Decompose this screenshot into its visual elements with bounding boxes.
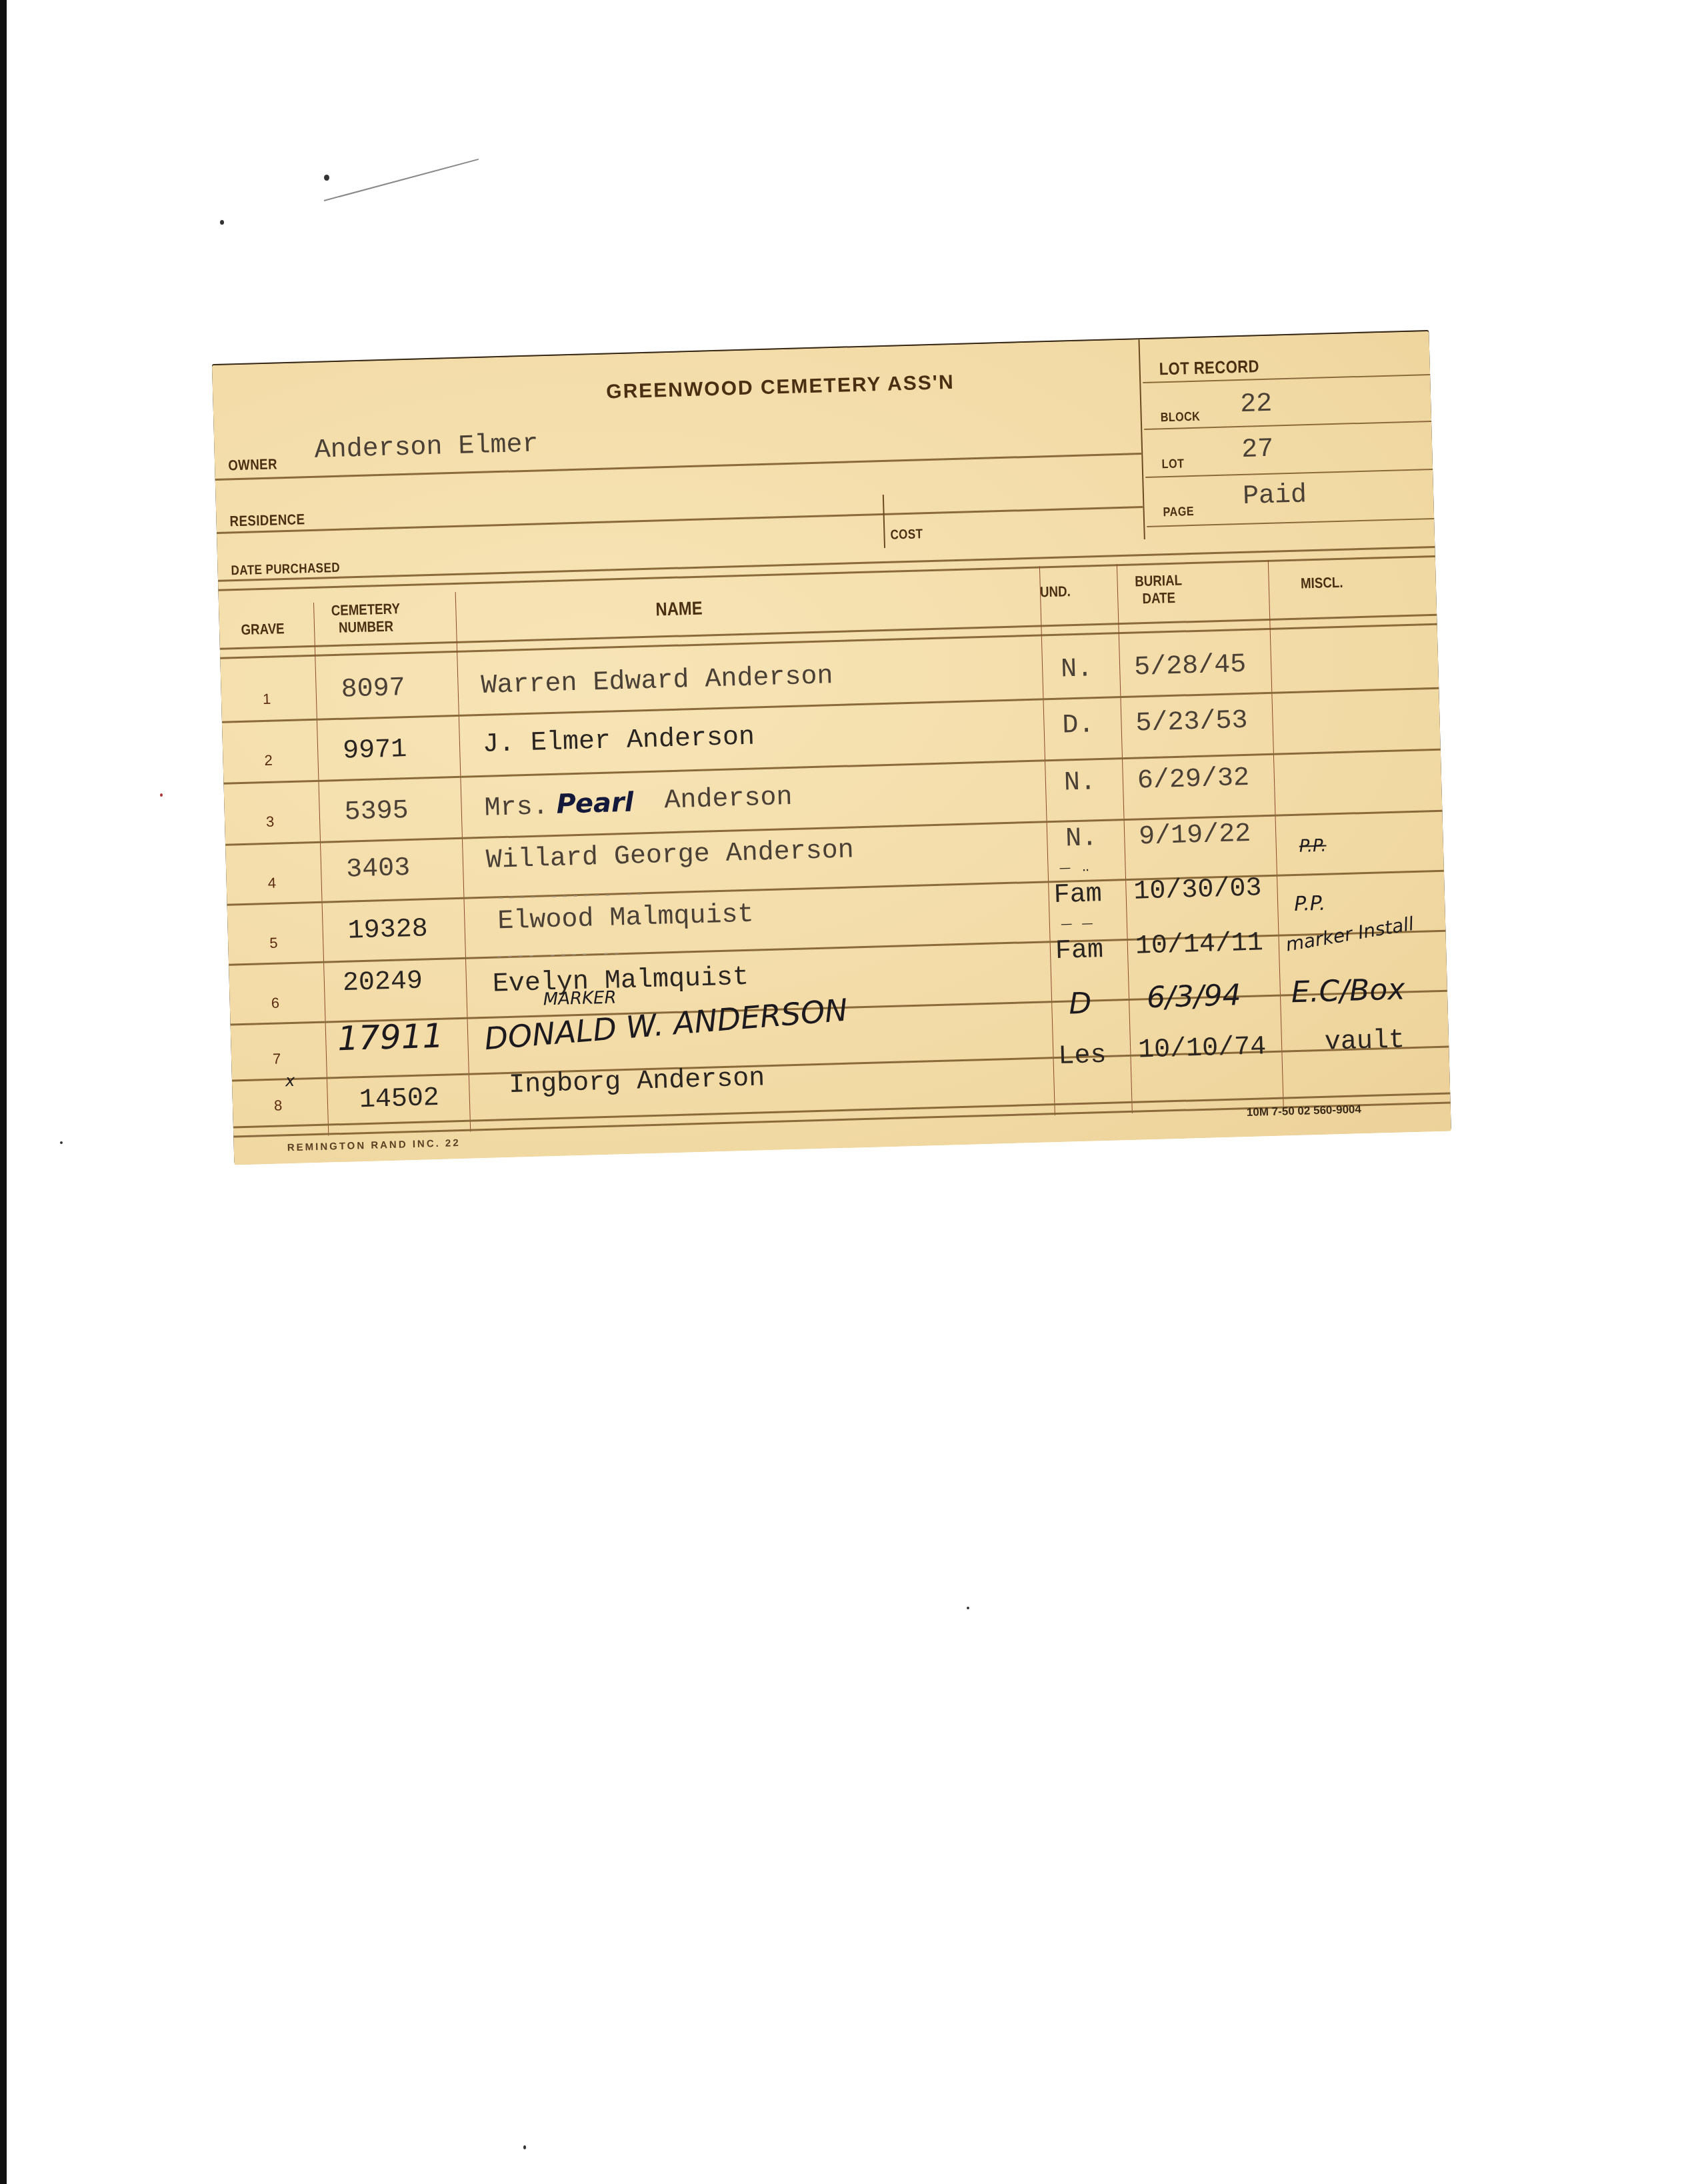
- grave-number: 1: [263, 691, 271, 708]
- miscl-note: P.P.: [1299, 836, 1327, 857]
- deceased-name: DONALD W. ANDERSON: [483, 992, 849, 1057]
- lot-panel-divider: [1138, 339, 1145, 539]
- page-value: Paid: [1242, 480, 1307, 512]
- col-divider: [313, 603, 329, 1136]
- printer-imprint: REMINGTON RAND INC. 22: [287, 1137, 461, 1153]
- und-code: N.: [1061, 654, 1093, 685]
- grave-number: 7: [273, 1051, 281, 1068]
- lot-record-label: LOT RECORD: [1159, 356, 1259, 379]
- form-number: 10M 7-50 02 560-9004: [1247, 1103, 1362, 1119]
- deceased-name-handwritten: Pearl: [556, 787, 634, 820]
- grave-number: 4: [267, 875, 276, 892]
- speck: [324, 175, 329, 181]
- header-cemetery-number-line1: CEMETERY: [320, 600, 411, 620]
- header-grave: GRAVE: [231, 620, 294, 639]
- grave-number: 5: [269, 935, 278, 952]
- grave-number: 6: [271, 995, 279, 1012]
- deceased-name: Willard George Anderson: [485, 835, 854, 875]
- und-code: D: [1069, 987, 1092, 1021]
- burial-date: 9/19/22: [1139, 819, 1251, 853]
- cost-label: COST: [890, 527, 923, 543]
- cemetery-number: 19328: [347, 914, 428, 946]
- header-burial-date: BURIAL DATE: [1101, 571, 1215, 609]
- rule: [1145, 469, 1433, 478]
- deceased-name: Elwood Malmquist: [497, 900, 754, 937]
- deceased-name: J. Elmer Anderson: [482, 722, 755, 759]
- owner-value: Anderson Elmer: [314, 429, 539, 465]
- und-code: N.: [1063, 767, 1096, 798]
- cemetery-number: 20249: [342, 967, 423, 999]
- und-code: D.: [1062, 710, 1095, 741]
- grave-number: 2: [264, 752, 273, 769]
- header-name: NAME: [475, 595, 883, 623]
- und-code: Fam: [1053, 879, 1102, 911]
- residence-label: RESIDENCE: [229, 511, 305, 530]
- burial-date: 10/14/11: [1135, 928, 1263, 961]
- name-note: MARKER: [543, 987, 617, 1009]
- header-cemetery-number-line2: NUMBER: [321, 617, 412, 637]
- lot-label: LOT: [1161, 457, 1184, 472]
- speck: [160, 793, 163, 797]
- deceased-name: Ingborg Anderson: [509, 1063, 765, 1101]
- header-burial-date-line2: DATE: [1102, 588, 1216, 609]
- deceased-name-suffix: Anderson: [664, 783, 793, 816]
- deceased-name: Evelyn Malmquist: [492, 963, 749, 1000]
- speck: [523, 2145, 526, 2149]
- miscl-note: vault: [1324, 1025, 1405, 1057]
- cemetery-number: 17911: [337, 1017, 444, 1058]
- speck: [967, 1607, 969, 1609]
- und-code: Les: [1058, 1041, 1107, 1072]
- burial-date: 10/10/74: [1138, 1032, 1267, 1065]
- speck: [220, 220, 224, 225]
- cemetery-number: 8097: [341, 673, 405, 705]
- cemetery-number: 14502: [359, 1083, 439, 1115]
- faded-text: ---- ---- --: [495, 946, 624, 965]
- stray-pencil-line: [324, 159, 479, 201]
- header-cemetery-number: CEMETERY NUMBER: [320, 600, 411, 637]
- col-divider: [1117, 564, 1133, 1113]
- burial-date: 5/23/53: [1135, 706, 1248, 739]
- cost-divider: [883, 495, 885, 548]
- cemetery-number: 9971: [343, 735, 407, 767]
- deceased-name: Warren Edward Anderson: [481, 661, 833, 701]
- burial-date: 5/28/45: [1134, 650, 1247, 683]
- owner-label: OWNER: [228, 455, 278, 474]
- col-divider: [1039, 566, 1055, 1115]
- cemetery-number: 3403: [346, 853, 411, 885]
- header-und: UND.: [1024, 583, 1087, 602]
- grave-x-mark: x: [285, 1071, 295, 1090]
- date-purchased-label: DATE PURCHASED: [231, 561, 340, 579]
- col-divider: [455, 592, 471, 1132]
- lot-value: 27: [1241, 435, 1274, 465]
- und-code: N.: [1065, 823, 1098, 854]
- page-label: PAGE: [1163, 505, 1194, 520]
- burial-date: 6/3/94: [1146, 978, 1241, 1015]
- deceased-name-prefix: Mrs.: [484, 792, 549, 824]
- col-divider: [1268, 560, 1284, 1109]
- rule: [217, 506, 1143, 534]
- block-value: 22: [1240, 389, 1273, 420]
- association-title: GREENWOOD CEMETERY ASS'N: [606, 371, 955, 404]
- scan-edge: [0, 0, 7, 2184]
- burial-date: 10/30/03: [1133, 873, 1262, 907]
- grave-number: 3: [266, 813, 275, 831]
- miscl-note: marker Install: [1284, 913, 1415, 956]
- grave-number: 8: [274, 1097, 283, 1114]
- burial-date: 6/29/32: [1137, 763, 1249, 797]
- cemetery-number: 5395: [344, 796, 409, 828]
- lot-record-card: GREENWOOD CEMETERY ASS'N LOT RECORD BLOC…: [212, 331, 1451, 1165]
- block-label: BLOCK: [1160, 410, 1200, 426]
- speck: [60, 1141, 63, 1144]
- miscl-note: P.P.: [1294, 892, 1326, 916]
- und-code: Fam: [1055, 935, 1103, 967]
- miscl-note: E.C/Box: [1291, 972, 1405, 1009]
- header-miscl: MISCL.: [1251, 573, 1393, 594]
